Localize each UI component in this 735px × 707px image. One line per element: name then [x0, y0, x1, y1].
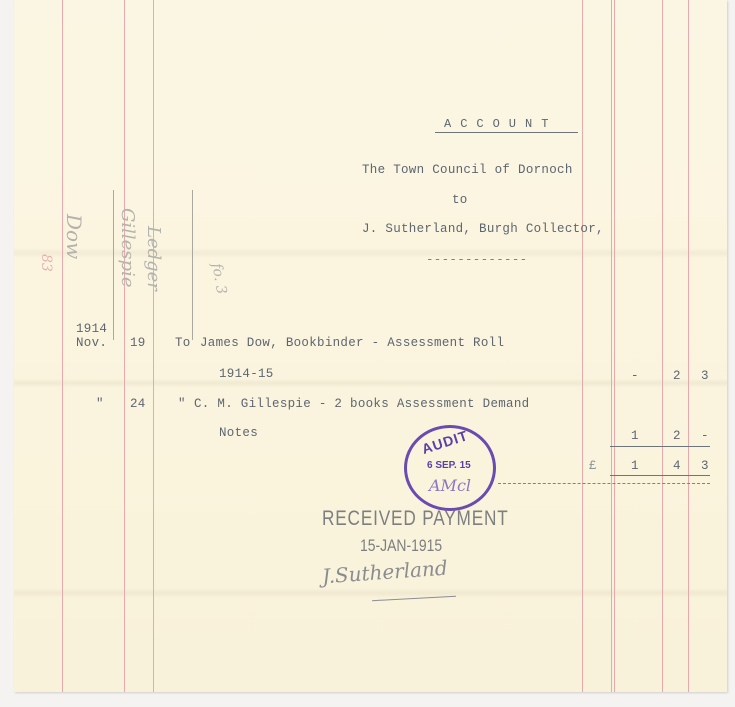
month-column-rule	[124, 0, 125, 692]
pencil-note: fo. 3	[208, 262, 229, 295]
entry-prefix: To	[175, 336, 191, 350]
pounds-column-rule	[611, 0, 612, 692]
total-dashed-rule	[498, 483, 710, 484]
to-line: J. Sutherland, Burgh Collector,	[362, 222, 604, 236]
pencil-note: Ledger	[143, 226, 164, 291]
entry-description-continued: 1914-15	[219, 367, 274, 381]
received-payment-date: 15-JAN-1915	[360, 536, 442, 556]
entry-pounds: -	[631, 369, 639, 383]
entry-pence: -	[701, 429, 709, 443]
entry-pence: 3	[701, 369, 709, 383]
total-rule	[610, 475, 710, 476]
account-document: Dow Gillespie Ledger fo. 3 83 ACCOUNT Th…	[14, 0, 727, 692]
entry-month: "	[96, 397, 104, 411]
total-currency: £	[589, 459, 597, 473]
day-column-rule	[153, 0, 154, 692]
entry-pounds: 1	[631, 429, 639, 443]
pencil-rule	[192, 190, 193, 340]
paper-fold	[14, 588, 727, 598]
audit-stamp-label: AUDIT	[420, 427, 470, 457]
shillings-column-rule	[662, 0, 663, 692]
red-pencil-mark: 83	[38, 254, 54, 272]
pencil-rule	[113, 190, 114, 340]
total-shillings: 4	[673, 459, 681, 473]
collector-signature: J.Sutherland	[321, 556, 448, 589]
audit-stamp: AUDIT 6 SEP. 15 AMcl	[404, 425, 496, 511]
entry-description-continued: Notes	[219, 426, 258, 440]
from-line: The Town Council of Dornoch	[362, 163, 573, 177]
paper-fold	[14, 378, 727, 388]
entry-month: Nov.	[76, 336, 107, 350]
pence-column-rule	[688, 0, 689, 692]
audit-stamp-initials: AMcl	[429, 476, 471, 495]
total-pence: 3	[701, 459, 709, 473]
title-underline	[435, 132, 578, 133]
pencil-note: Gillespie	[117, 208, 138, 287]
margin-rule	[62, 0, 63, 692]
to-word: to	[452, 193, 468, 207]
entry-description: C. M. Gillespie - 2 books Assessment Dem…	[194, 397, 529, 411]
entry-day: 19	[130, 336, 146, 350]
entry-shillings: 2	[673, 369, 681, 383]
description-column-rule	[582, 0, 583, 692]
pencil-note: Dow	[62, 214, 86, 259]
entry-day: 24	[130, 397, 146, 411]
entry-description: James Dow, Bookbinder - Assessment Roll	[200, 336, 504, 350]
entry-shillings: 2	[673, 429, 681, 443]
document-title: ACCOUNT	[444, 117, 557, 131]
total-pounds: 1	[631, 459, 639, 473]
received-payment-label: RECEIVED PAYMENT	[322, 507, 509, 531]
entry-prefix: "	[178, 397, 186, 411]
entry-year: 1914	[76, 322, 107, 336]
audit-stamp-date: 6 SEP. 15	[427, 460, 471, 471]
header-separator: -------------	[426, 253, 527, 267]
pounds-column-rule-double	[614, 0, 615, 692]
subtotal-rule	[610, 446, 710, 447]
